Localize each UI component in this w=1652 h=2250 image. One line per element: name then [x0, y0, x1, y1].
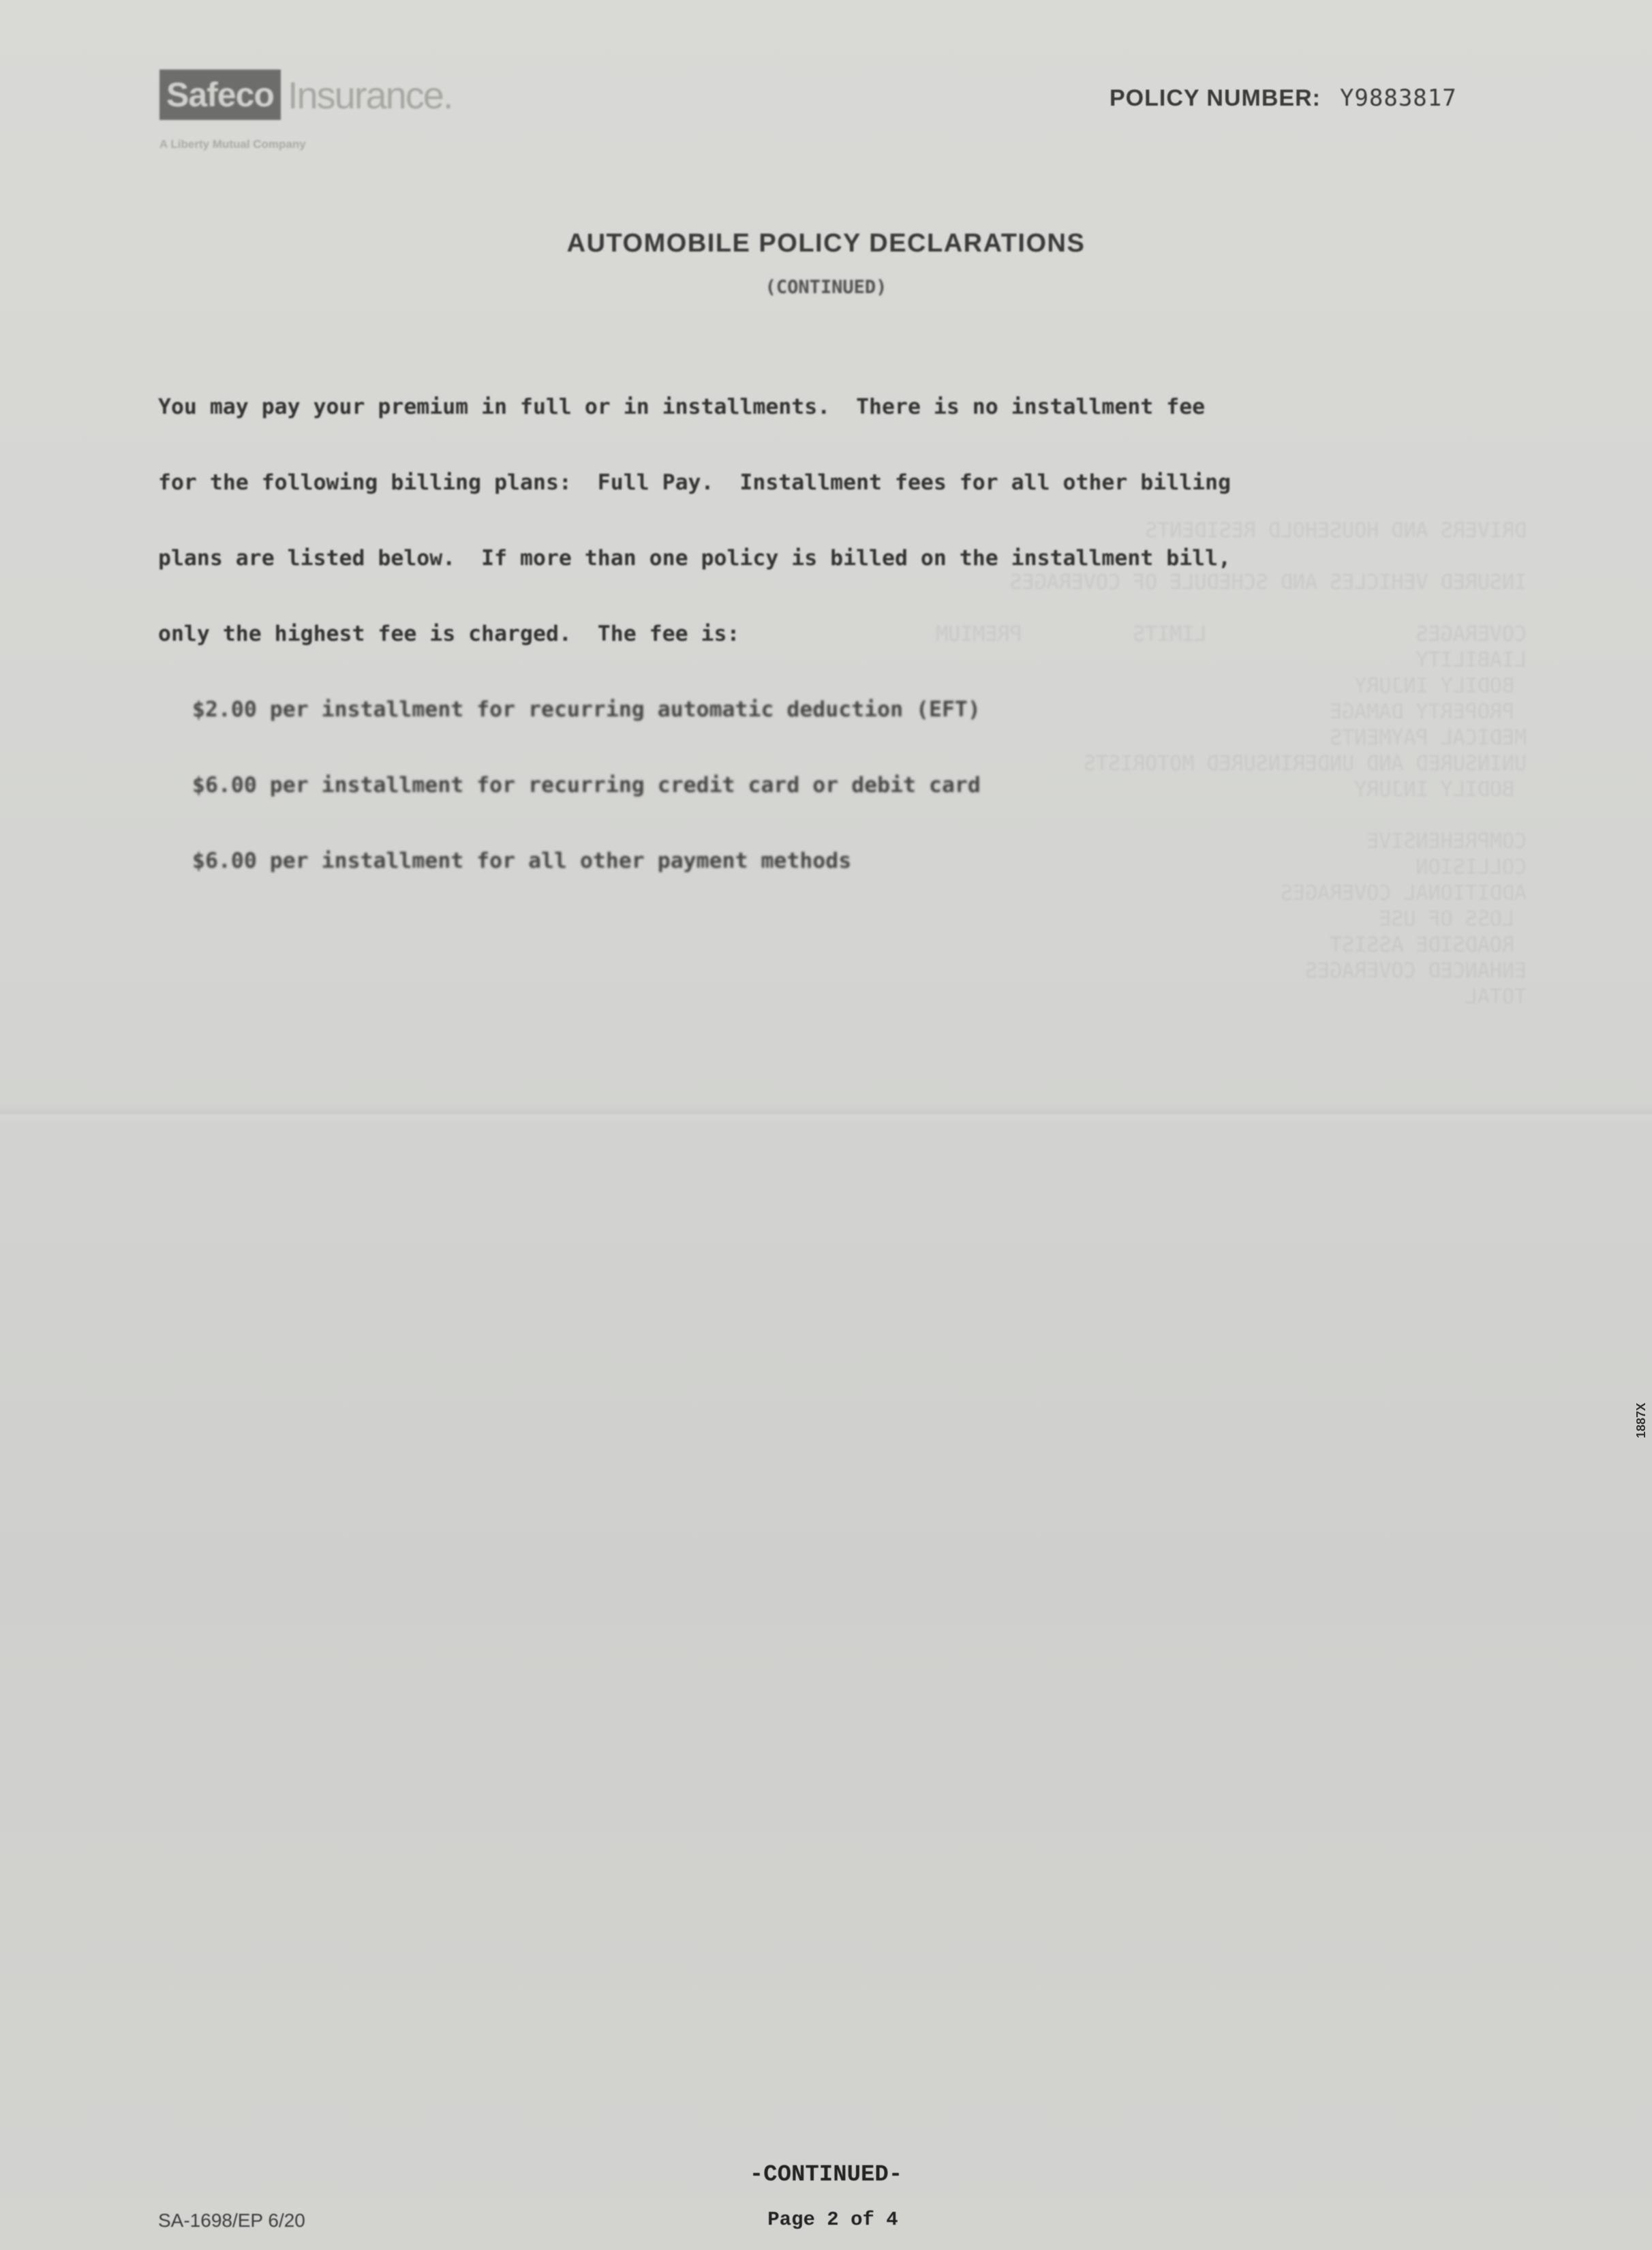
fee-line-card: $6.00 per installment for recurring cred… — [158, 773, 1231, 798]
paper-fold — [0, 1104, 1652, 1125]
paragraph-line: plans are listed below. If more than one… — [158, 546, 1231, 571]
side-code: 1887X — [1634, 1403, 1649, 1438]
continued-marker: -CONTINUED- — [0, 2162, 1652, 2188]
fee-line-eft: $2.00 per installment for recurring auto… — [158, 697, 1231, 723]
paragraph-line: You may pay your premium in full or in i… — [158, 395, 1231, 420]
logo-brand: Safeco — [159, 70, 281, 120]
installment-fee-notice: You may pay your premium in full or in i… — [158, 344, 1231, 924]
document-title: AUTOMOBILE POLICY DECLARATIONS — [0, 229, 1652, 258]
form-code: SA-1698/EP 6/20 — [158, 2210, 305, 2232]
logo-word: Insurance. — [288, 73, 453, 117]
safeco-logo: Safeco Insurance. — [159, 70, 452, 120]
logo-tagline: A Liberty Mutual Company — [159, 138, 306, 151]
paragraph-line: only the highest fee is charged. The fee… — [158, 622, 1231, 647]
document-subtitle: (CONTINUED) — [0, 277, 1652, 298]
fee-line-other: $6.00 per installment for all other paym… — [158, 849, 1231, 874]
policy-number-label: POLICY NUMBER: — [1110, 85, 1321, 111]
paragraph-line: for the following billing plans: Full Pa… — [158, 470, 1231, 496]
policy-number-value: Y9883817 — [1340, 85, 1457, 112]
document-page: DRIVERS AND HOUSEHOLD RESIDENTS INSURED … — [0, 0, 1652, 2250]
policy-number: POLICY NUMBER:Y9883817 — [1110, 85, 1457, 112]
